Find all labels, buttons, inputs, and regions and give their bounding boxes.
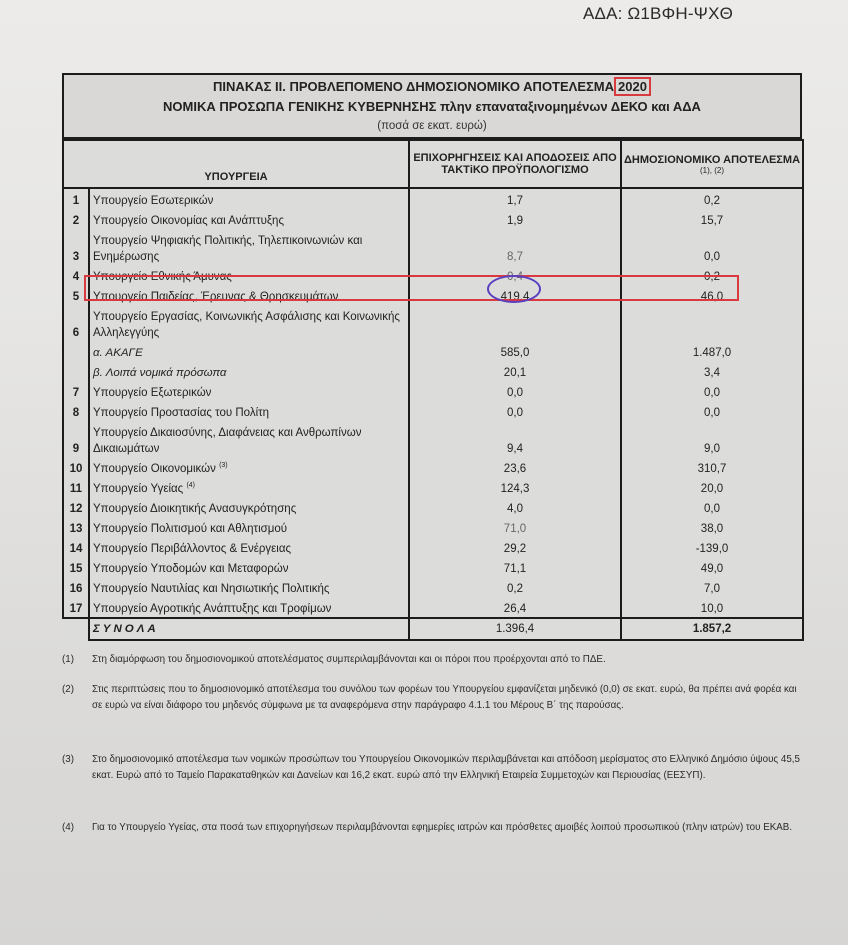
table-row: 5Υπουργείο Παιδείας, Έρευνας & Θρησκευμά… bbox=[63, 285, 803, 305]
footnote-1: (1) Στη διαμόρφωση του δημοσιονομικού απ… bbox=[62, 652, 802, 668]
grants-value: 26,4 bbox=[409, 597, 621, 618]
grants-value bbox=[409, 305, 621, 341]
grants-value: 124,3 bbox=[409, 477, 621, 497]
footnote-text: Στο δημοσιονομικό αποτέλεσμα των νομικών… bbox=[92, 752, 802, 784]
fiscal-result-value: 20,0 bbox=[621, 477, 803, 497]
ministry-name: Υπουργείο Εθνικής Άμυνας bbox=[89, 265, 409, 285]
footnotes: (1) Στη διαμόρφωση του δημοσιονομικού απ… bbox=[62, 652, 802, 836]
fiscal-result-value: 310,7 bbox=[621, 457, 803, 477]
table-title-text: ΠΙΝΑΚΑΣ ΙΙ. ΠΡΟΒΛΕΠΟΜΕΝΟ ΔΗΜΟΣΙΟΝΟΜΙΚΟ Α… bbox=[213, 79, 614, 94]
table-row: α. ΑΚΑΓΕ585,01.487,0 bbox=[63, 341, 803, 361]
footnote-reference: (4) bbox=[186, 482, 195, 489]
ministry-name-text: Υπουργείο Οικονομικών bbox=[93, 463, 216, 475]
grants-value: 0,2 bbox=[409, 577, 621, 597]
table-row: 2Υπουργείο Οικονομίας και Ανάπτυξης1,915… bbox=[63, 209, 803, 229]
ministry-name: Υπουργείο Ναυτιλίας και Νησιωτικής Πολιτ… bbox=[89, 577, 409, 597]
ministry-name: Υπουργείο Εργασίας, Κοινωνικής Ασφάλισης… bbox=[89, 305, 409, 341]
footnote-3: (3) Στο δημοσιονομικό αποτέλεσμα των νομ… bbox=[62, 752, 802, 784]
grants-value: 1,9 bbox=[409, 209, 621, 229]
table-row: 9Υπουργείο Δικαιοσύνης, Διαφάνειας και Α… bbox=[63, 421, 803, 457]
totals-spacer bbox=[63, 618, 89, 640]
table-row: 13Υπουργείο Πολιτισμού και Αθλητισμού71,… bbox=[63, 517, 803, 537]
fiscal-result-value: 0,0 bbox=[621, 401, 803, 421]
row-number: 13 bbox=[63, 517, 89, 537]
grants-value: 8,7 bbox=[409, 229, 621, 265]
row-number bbox=[63, 361, 89, 381]
ministry-name: Υπουργείο Παιδείας, Έρευνας & Θρησκευμάτ… bbox=[89, 285, 409, 305]
footnote-mark: (3) bbox=[62, 752, 92, 784]
grants-value: 29,2 bbox=[409, 537, 621, 557]
fiscal-result-table: ΥΠΟΥΡΓΕΙΑ ΕΠΙΧΟΡΗΓΗΣΕΙΣ ΚΑΙ ΑΠΟΔΟΣΕΙΣ ΑΠ… bbox=[62, 139, 804, 641]
row-number: 7 bbox=[63, 381, 89, 401]
fiscal-result-value: -139,0 bbox=[621, 537, 803, 557]
footnote-mark: (2) bbox=[62, 682, 92, 714]
ministry-name-text: Υπουργείο Υγείας bbox=[93, 483, 183, 495]
ministry-name: Υπουργείο Πολιτισμού και Αθλητισμού bbox=[89, 517, 409, 537]
table-row: 12Υπουργείο Διοικητικής Ανασυγκρότησης4,… bbox=[63, 497, 803, 517]
footnote-mark: (4) bbox=[62, 820, 92, 836]
row-number: 3 bbox=[63, 229, 89, 265]
row-number: 1 bbox=[63, 188, 89, 209]
table-row: 16Υπουργείο Ναυτιλίας και Νησιωτικής Πολ… bbox=[63, 577, 803, 597]
footnote-text: Στη διαμόρφωση του δημοσιονομικού αποτελ… bbox=[92, 652, 802, 668]
row-number: 6 bbox=[63, 305, 89, 341]
fiscal-result-value: 0,2 bbox=[621, 265, 803, 285]
row-number: 17 bbox=[63, 597, 89, 618]
fiscal-result-value: 1.487,0 bbox=[621, 341, 803, 361]
table-row: 15Υπουργείο Υποδομών και Μεταφορών71,149… bbox=[63, 557, 803, 577]
grants-value: 71,1 bbox=[409, 557, 621, 577]
row-number: 15 bbox=[63, 557, 89, 577]
ministry-name: Υπουργείο Αγροτικής Ανάπτυξης και Τροφίμ… bbox=[89, 597, 409, 618]
footnote-2: (2) Στις περιπτώσεις που το δημοσιονομικ… bbox=[62, 682, 802, 714]
header-ministries: ΥΠΟΥΡΓΕΙΑ bbox=[63, 140, 409, 188]
grants-value: 0,0 bbox=[409, 401, 621, 421]
totals-label: ΣΥΝΟΛΑ bbox=[89, 618, 409, 640]
row-number: 11 bbox=[63, 477, 89, 497]
ministry-name: Υπουργείο Υγείας (4) bbox=[89, 477, 409, 497]
table-title: ΠΙΝΑΚΑΣ ΙΙ. ΠΡΟΒΛΕΠΟΜΕΝΟ ΔΗΜΟΣΙΟΝΟΜΙΚΟ Α… bbox=[64, 75, 800, 97]
fiscal-result-value: 9,0 bbox=[621, 421, 803, 457]
ministry-name: α. ΑΚΑΓΕ bbox=[89, 341, 409, 361]
ministry-name: Υπουργείο Προστασίας του Πολίτη bbox=[89, 401, 409, 421]
grants-value: 1,7 bbox=[409, 188, 621, 209]
footnote-4: (4) Για το Υπουργείο Υγείας, στα ποσά τω… bbox=[62, 820, 802, 836]
row-number: 4 bbox=[63, 265, 89, 285]
ada-code: ΑΔΑ: Ω1ΒΦΗ-ΨΧΘ bbox=[583, 4, 733, 24]
fiscal-result-value: 0,0 bbox=[621, 229, 803, 265]
ministry-name: β. Λοιπά νομικά πρόσωπα bbox=[89, 361, 409, 381]
footnote-text: Στις περιπτώσεις που το δημοσιονομικό απ… bbox=[92, 682, 802, 714]
table-row: 17Υπουργείο Αγροτικής Ανάπτυξης και Τροφ… bbox=[63, 597, 803, 618]
row-number: 12 bbox=[63, 497, 89, 517]
table-row: 10Υπουργείο Οικονομικών (3)23,6310,7 bbox=[63, 457, 803, 477]
grants-value: 9,4 bbox=[409, 421, 621, 457]
ministry-name: Υπουργείο Οικονομικών (3) bbox=[89, 457, 409, 477]
row-number: 5 bbox=[63, 285, 89, 305]
fiscal-result-value: 3,4 bbox=[621, 361, 803, 381]
fiscal-result-value: 7,0 bbox=[621, 577, 803, 597]
header-fiscal-result-label: ΔΗΜΟΣΙΟΝΟΜΙΚΟ ΑΠΟΤΕΛΕΣΜΑ bbox=[624, 154, 800, 166]
row-number: 9 bbox=[63, 421, 89, 457]
grants-value: 0,4 bbox=[409, 265, 621, 285]
row-number: 2 bbox=[63, 209, 89, 229]
ministry-name: Υπουργείο Εξωτερικών bbox=[89, 381, 409, 401]
fiscal-result-table-container: ΠΙΝΑΚΑΣ ΙΙ. ΠΡΟΒΛΕΠΟΜΕΝΟ ΔΗΜΟΣΙΟΝΟΜΙΚΟ Α… bbox=[62, 73, 802, 641]
header-fiscal-result: ΔΗΜΟΣΙΟΝΟΜΙΚΟ ΑΠΟΤΕΛΕΣΜΑ (1), (2) bbox=[621, 140, 803, 188]
grants-value: 71,0 bbox=[409, 517, 621, 537]
table-row: 1Υπουργείο Εσωτερικών1,70,2 bbox=[63, 188, 803, 209]
table-row: 7Υπουργείο Εξωτερικών0,00,0 bbox=[63, 381, 803, 401]
header-grants: ΕΠΙΧΟΡΗΓΗΣΕΙΣ ΚΑΙ ΑΠΟΔΟΣΕΙΣ ΑΠΟ ΤΑΚΤiΚΟ … bbox=[409, 140, 621, 188]
table-row: β. Λοιπά νομικά πρόσωπα20,13,4 bbox=[63, 361, 803, 381]
fiscal-result-value: 15,7 bbox=[621, 209, 803, 229]
row-number: 10 bbox=[63, 457, 89, 477]
table-title-block: ΠΙΝΑΚΑΣ ΙΙ. ΠΡΟΒΛΕΠΟΜΕΝΟ ΔΗΜΟΣΙΟΝΟΜΙΚΟ Α… bbox=[62, 73, 802, 139]
row-number: 16 bbox=[63, 577, 89, 597]
row-number: 8 bbox=[63, 401, 89, 421]
ministry-name: Υπουργείο Εσωτερικών bbox=[89, 188, 409, 209]
fiscal-result-value: 0,0 bbox=[621, 497, 803, 517]
fiscal-result-value: 0,0 bbox=[621, 381, 803, 401]
title-year: 2020 bbox=[614, 77, 651, 96]
table-row: 11Υπουργείο Υγείας (4)124,320,0 bbox=[63, 477, 803, 497]
ministry-name: Υπουργείο Οικονομίας και Ανάπτυξης bbox=[89, 209, 409, 229]
totals-grants: 1.396,4 bbox=[409, 618, 621, 640]
fiscal-result-value bbox=[621, 305, 803, 341]
ministry-name: Υπουργείο Δικαιοσύνης, Διαφάνειας και Αν… bbox=[89, 421, 409, 457]
table-row: 4Υπουργείο Εθνικής Άμυνας0,40,2 bbox=[63, 265, 803, 285]
totals-row: ΣΥΝΟΛΑ 1.396,4 1.857,2 bbox=[63, 618, 803, 640]
grants-value: 419,4 bbox=[409, 285, 621, 305]
header-fiscal-result-notes: (1), (2) bbox=[622, 166, 802, 175]
grants-value: 4,0 bbox=[409, 497, 621, 517]
row-number bbox=[63, 341, 89, 361]
fiscal-result-value: 10,0 bbox=[621, 597, 803, 618]
grants-value: 585,0 bbox=[409, 341, 621, 361]
ministry-name: Υπουργείο Ψηφιακής Πολιτικής, Τηλεπικοιν… bbox=[89, 229, 409, 265]
totals-result: 1.857,2 bbox=[621, 618, 803, 640]
footnote-mark: (1) bbox=[62, 652, 92, 668]
fiscal-result-value: 46,0 bbox=[621, 285, 803, 305]
ministry-name: Υπουργείο Περιβάλλοντος & Ενέργειας bbox=[89, 537, 409, 557]
ministry-name: Υπουργείο Διοικητικής Ανασυγκρότησης bbox=[89, 497, 409, 517]
footnote-reference: (3) bbox=[219, 462, 228, 469]
table-row: 8Υπουργείο Προστασίας του Πολίτη0,00,0 bbox=[63, 401, 803, 421]
fiscal-result-value: 38,0 bbox=[621, 517, 803, 537]
table-units: (ποσά σε εκατ. ευρώ) bbox=[64, 117, 800, 135]
table-row: 14Υπουργείο Περιβάλλοντος & Ενέργειας29,… bbox=[63, 537, 803, 557]
table-header-row: ΥΠΟΥΡΓΕΙΑ ΕΠΙΧΟΡΗΓΗΣΕΙΣ ΚΑΙ ΑΠΟΔΟΣΕΙΣ ΑΠ… bbox=[63, 140, 803, 188]
table-subtitle: ΝΟΜΙΚΑ ΠΡΟΣΩΠΑ ΓΕΝΙΚΗΣ ΚΥΒΕΡΝΗΣΗΣ πλην ε… bbox=[64, 97, 800, 117]
fiscal-result-value: 49,0 bbox=[621, 557, 803, 577]
table-row: 6Υπουργείο Εργασίας, Κοινωνικής Ασφάλιση… bbox=[63, 305, 803, 341]
table-row: 3Υπουργείο Ψηφιακής Πολιτικής, Τηλεπικοι… bbox=[63, 229, 803, 265]
fiscal-result-value: 0,2 bbox=[621, 188, 803, 209]
grants-value: 23,6 bbox=[409, 457, 621, 477]
grants-value: 0,0 bbox=[409, 381, 621, 401]
row-number: 14 bbox=[63, 537, 89, 557]
ministry-name: Υπουργείο Υποδομών και Μεταφορών bbox=[89, 557, 409, 577]
footnote-text: Για το Υπουργείο Υγείας, στα ποσά των επ… bbox=[92, 820, 802, 836]
grants-value: 20,1 bbox=[409, 361, 621, 381]
